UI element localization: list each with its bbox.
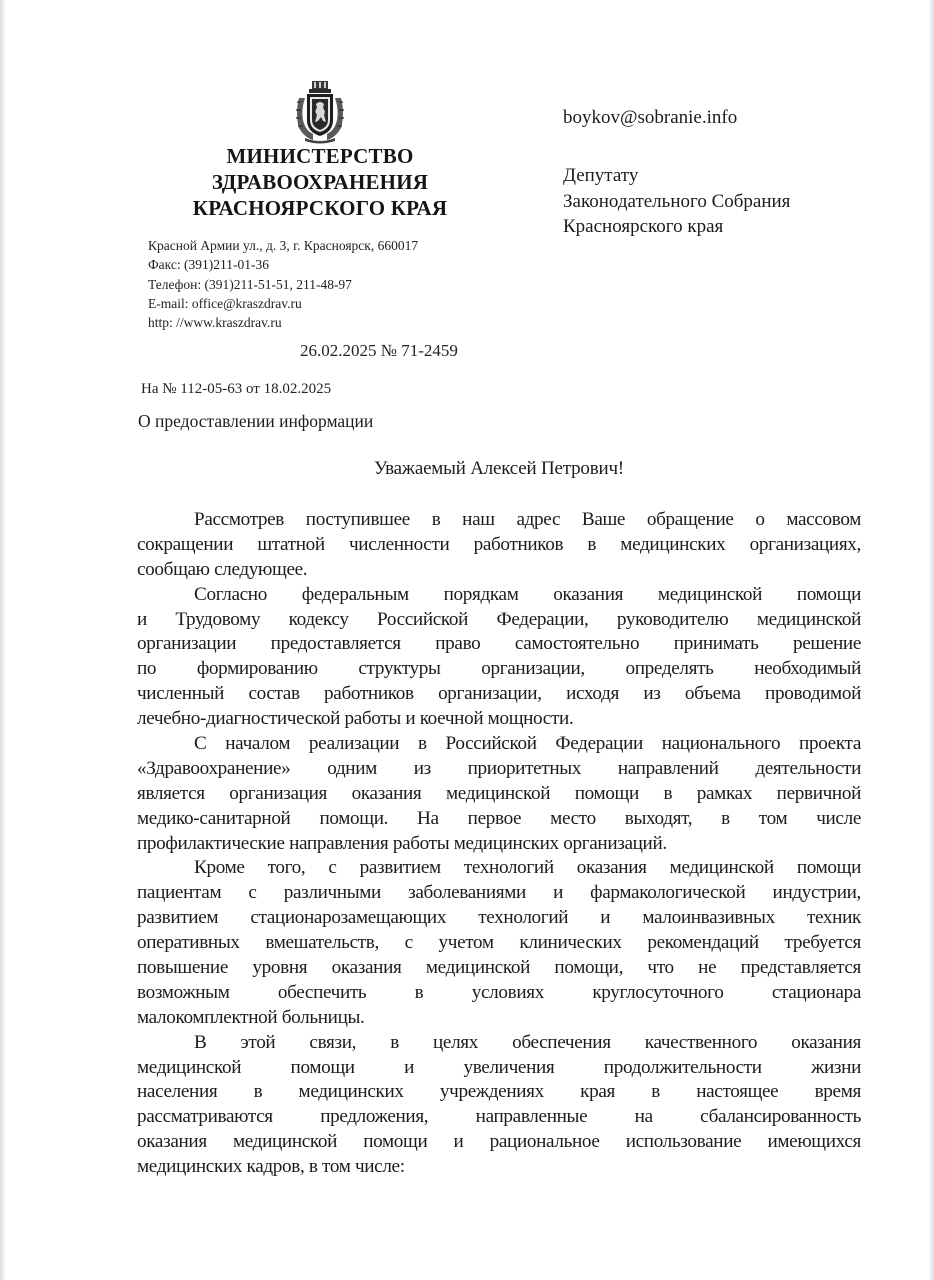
body-line: повышение уровня оказания медицинской по…: [137, 956, 861, 981]
body-line: медицинских кадров, в том числе:: [137, 1155, 861, 1180]
recipient-line: Красноярского края: [563, 214, 790, 240]
incoming-reference: На № 112-05-63 от 18.02.2025: [141, 381, 331, 398]
outgoing-reference: 26.02.2025 № 71-2459: [300, 341, 458, 361]
salutation: Уважаемый Алексей Петрович!: [137, 458, 861, 480]
sender-org-line: КРАСНОЯРСКОГО КРАЯ: [150, 195, 490, 221]
body-line: возможным обеспечить в условиях круглосу…: [137, 981, 861, 1006]
coat-of-arms-icon: [293, 80, 347, 144]
body-line: рассматриваются предложения, направленны…: [137, 1105, 861, 1130]
sender-website: http: //www.kraszdrav.ru: [148, 313, 418, 332]
body-line: организации предоставляется право самост…: [137, 632, 861, 657]
body-line: малокомплектной больницы.: [137, 1006, 861, 1031]
body-line: Кроме того, с развитием технологий оказа…: [137, 856, 861, 881]
sender-contacts: Красной Армии ул., д. 3, г. Красноярск, …: [148, 236, 418, 332]
body-line: Рассмотрев поступившее в наш адрес Ваше …: [137, 508, 861, 533]
body-paragraph: С началом реализации в Российской Федера…: [137, 732, 861, 856]
recipient-line: Законодательного Собрания: [563, 189, 790, 215]
body-paragraph: Кроме того, с развитием технологий оказа…: [137, 856, 861, 1030]
body-line: и Трудовому кодексу Российской Федерации…: [137, 608, 861, 633]
body-line: развитием стационарозамещающих технологи…: [137, 906, 861, 931]
body-line: Согласно федеральным порядкам оказания м…: [137, 583, 861, 608]
body-line: оказания медицинской помощи и рациональн…: [137, 1130, 861, 1155]
letter-subject: О предоставлении информации: [138, 411, 373, 432]
body-line: медико-санитарной помощи. На первое мест…: [137, 807, 861, 832]
body-line: является организация оказания медицинско…: [137, 782, 861, 807]
body-line: С началом реализации в Российской Федера…: [137, 732, 861, 757]
recipient-line: Депутату: [563, 163, 790, 189]
recipient-email: boykov@sobranie.info: [563, 107, 737, 129]
sender-fax: Факс: (391)211-01-36: [148, 255, 418, 274]
sender-phone: Телефон: (391)211-51-51, 211-48-97: [148, 275, 418, 294]
sender-email: E-mail: office@kraszdrav.ru: [148, 294, 418, 313]
body-paragraph: Согласно федеральным порядкам оказания м…: [137, 583, 861, 732]
letter-body: Рассмотрев поступившее в наш адрес Ваше …: [137, 508, 861, 1180]
body-line: оперативных вмешательств, с учетом клини…: [137, 931, 861, 956]
body-line: пациентам с различными заболеваниями и ф…: [137, 881, 861, 906]
body-line: профилактические направления работы меди…: [137, 832, 861, 857]
body-paragraph: В этой связи, в целях обеспечения качест…: [137, 1031, 861, 1180]
body-line: В этой связи, в целях обеспечения качест…: [137, 1031, 861, 1056]
body-line: населения в медицинских учреждениях края…: [137, 1080, 861, 1105]
body-line: медицинской помощи и увеличения продолжи…: [137, 1056, 861, 1081]
body-paragraph: Рассмотрев поступившее в наш адрес Ваше …: [137, 508, 861, 583]
body-line: сообщаю следующее.: [137, 558, 861, 583]
sender-org-line: ЗДРАВООХРАНЕНИЯ: [150, 169, 490, 195]
sender-address: Красной Армии ул., д. 3, г. Красноярск, …: [148, 236, 418, 255]
body-line: по формированию структуры организации, о…: [137, 657, 861, 682]
body-line: сокращении штатной численности работнико…: [137, 533, 861, 558]
body-line: численный состав работников организации,…: [137, 682, 861, 707]
body-line: лечебно-диагностической работы и коечной…: [137, 707, 861, 732]
sender-org-line: МИНИСТЕРСТВО: [150, 143, 490, 169]
sender-organization: МИНИСТЕРСТВО ЗДРАВООХРАНЕНИЯ КРАСНОЯРСКО…: [150, 143, 490, 221]
page-edge-right: [929, 0, 934, 1280]
recipient-block: Депутату Законодательного Собрания Красн…: [563, 163, 790, 240]
body-line: «Здравоохранение» одним из приоритетных …: [137, 757, 861, 782]
